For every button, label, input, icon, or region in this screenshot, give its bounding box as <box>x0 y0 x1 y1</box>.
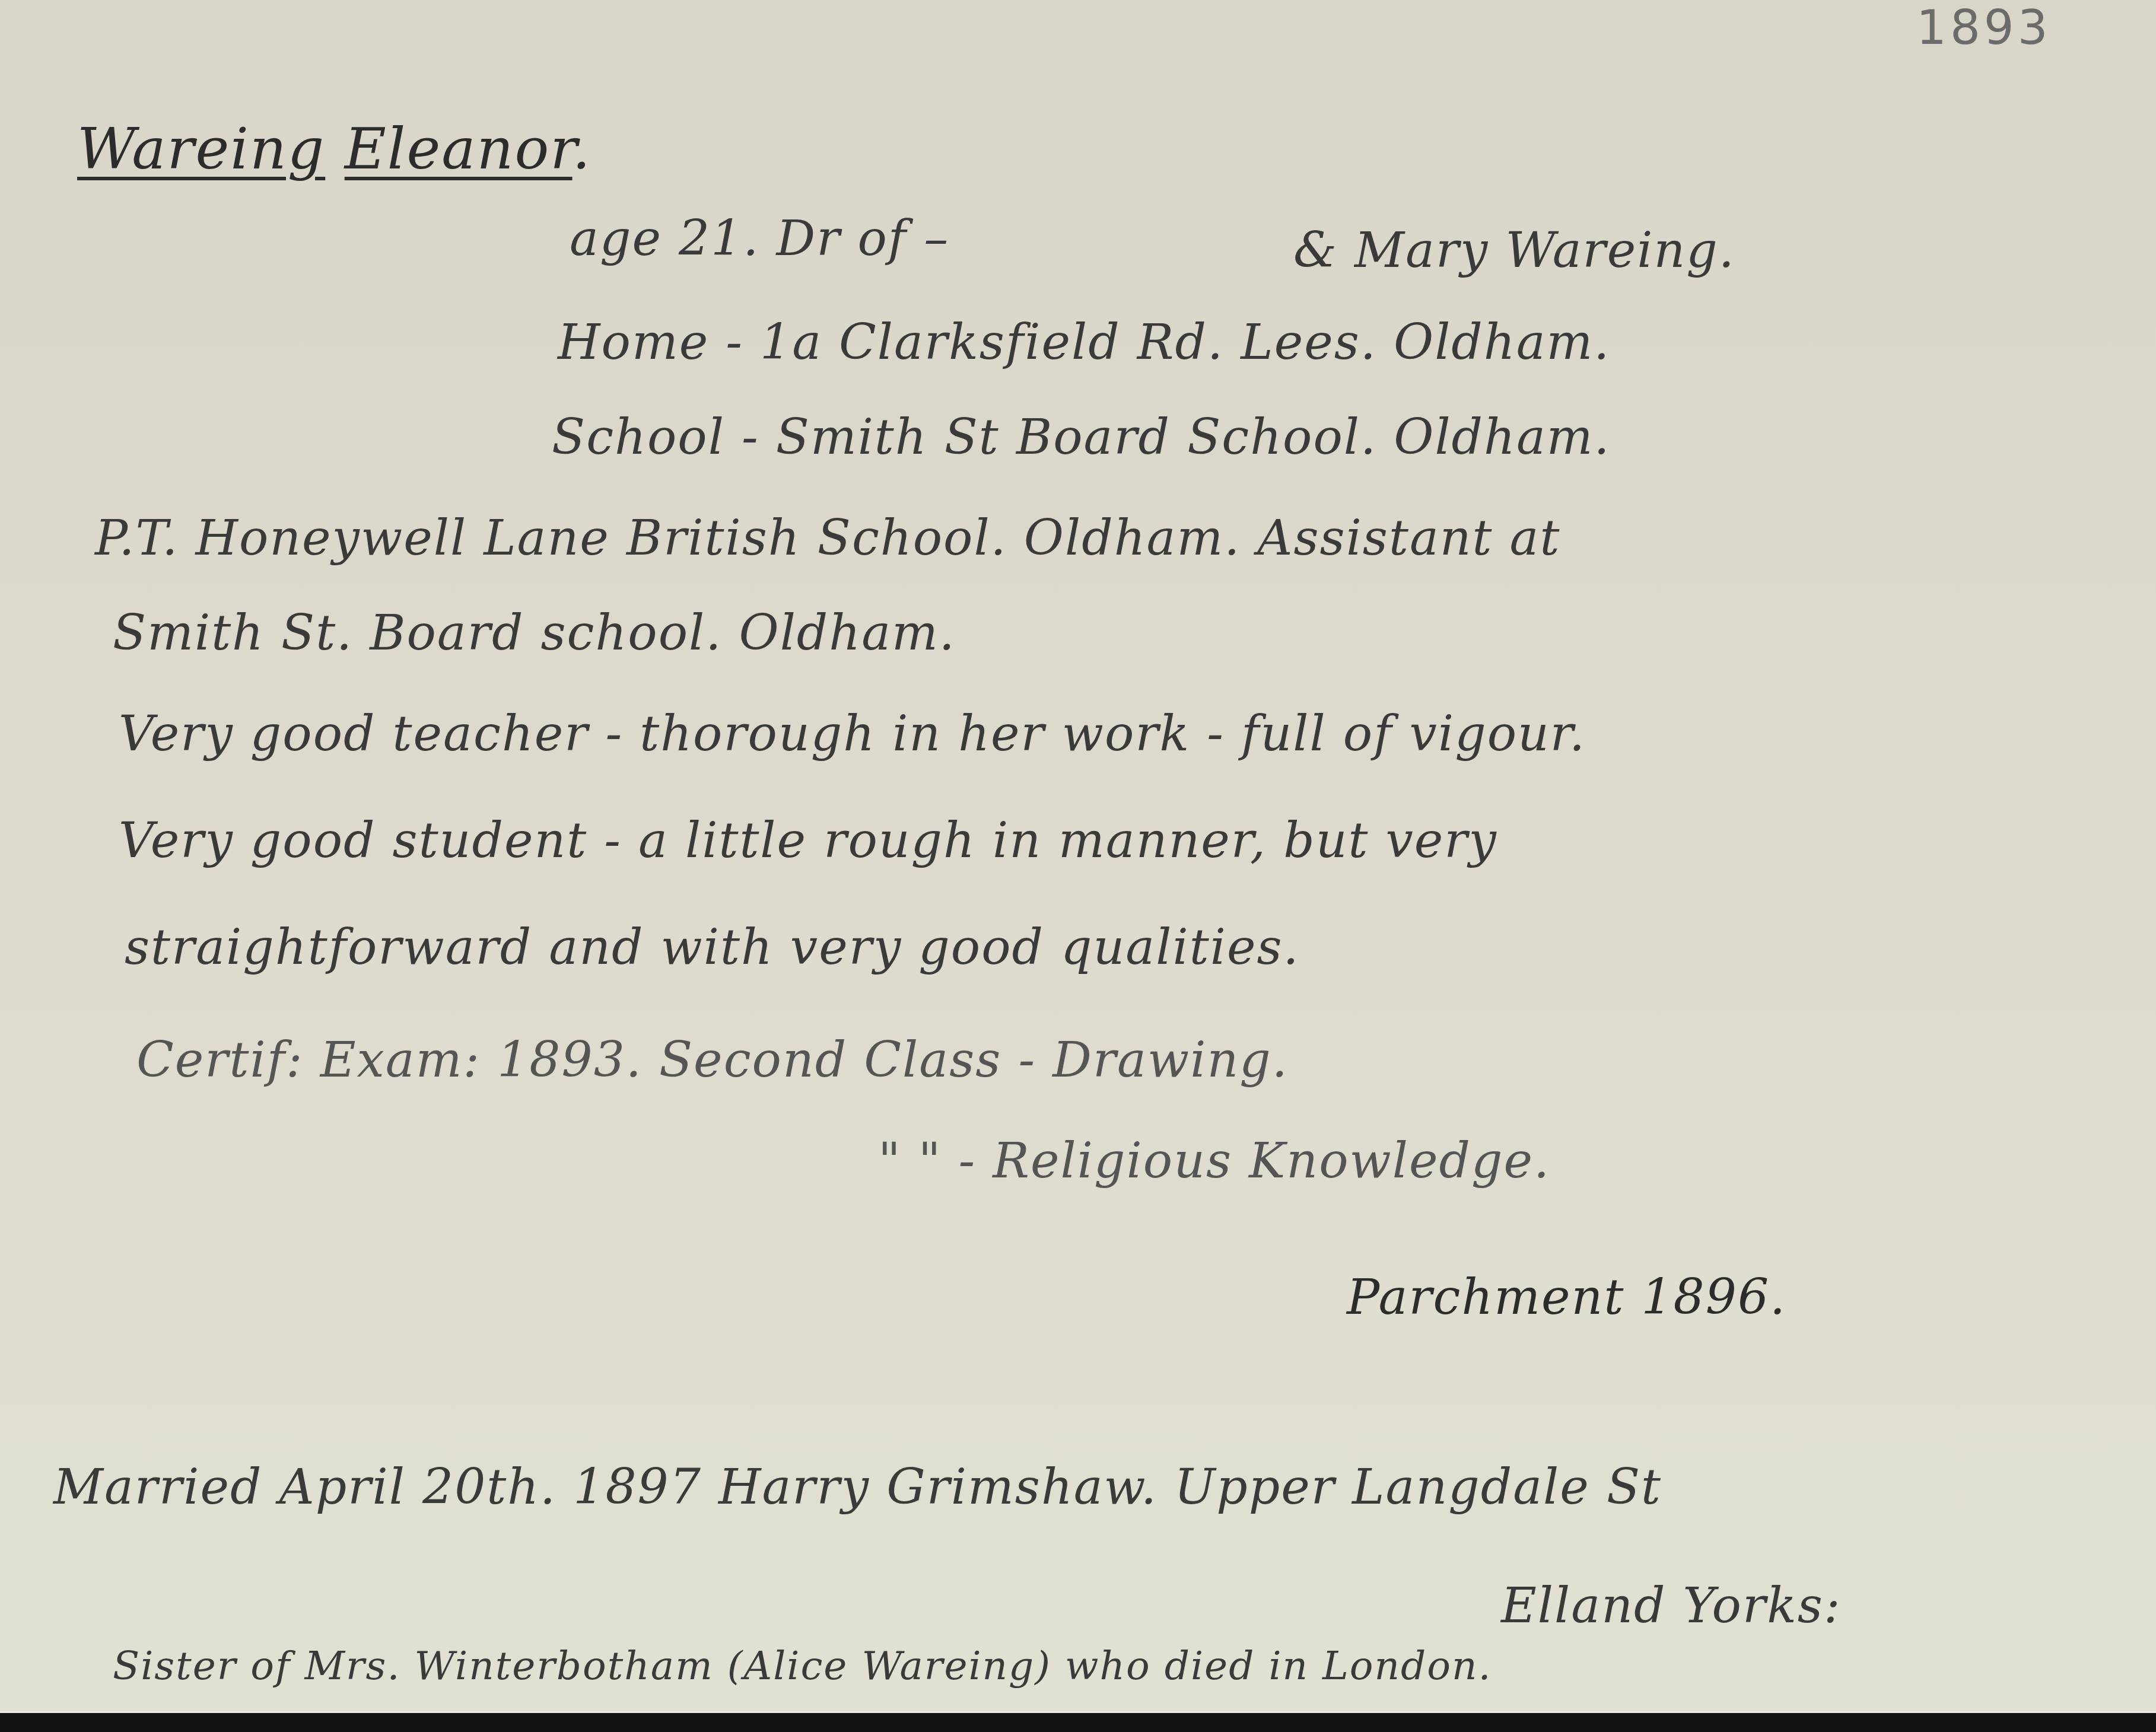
forename: Eleanor <box>345 116 573 182</box>
scan-background-edge <box>0 1713 2156 1732</box>
report-line-1: Very good teacher - thorough in her work… <box>119 706 1586 762</box>
register-page: 1893 Wareing Eleanor. age 21. Dr of – & … <box>0 0 2156 1713</box>
pupil-teacher-line-1: P.T. Honeywell Lane British School. Oldh… <box>95 510 1560 566</box>
home-address-line: Home - 1a Clarksfield Rd. Lees. Oldham. <box>558 314 1610 371</box>
report-line-2: Very good student - a little rough in ma… <box>119 813 1497 869</box>
sister-note-line: Sister of Mrs. Winterbotham (Alice Warei… <box>113 1643 1492 1689</box>
marriage-line-2: Elland Yorks: <box>1501 1578 1842 1634</box>
age-parentage-line: age 21. Dr of – <box>570 211 949 267</box>
certificate-exam-line: Certif: Exam: 1893. Second Class - Drawi… <box>136 1032 1289 1088</box>
surname: Wareing <box>77 116 325 182</box>
marriage-line-1: Married April 20th. 1897 Harry Grimshaw.… <box>53 1459 1662 1515</box>
certificate-ditto-line: " " - Religious Knowledge. <box>878 1133 1550 1189</box>
parchment-line: Parchment 1896. <box>1347 1269 1786 1326</box>
title-period: . <box>573 116 592 182</box>
record-name-heading: Wareing Eleanor. <box>77 116 592 182</box>
pupil-teacher-line-2: Smith St. Board school. Oldham. <box>113 605 956 661</box>
school-line: School - Smith St Board School. Oldham. <box>552 409 1611 466</box>
mother-name: & Mary Wareing. <box>1293 222 1735 279</box>
corner-year: 1893 <box>1916 0 2052 55</box>
report-line-3: straightforward and with very good quali… <box>125 919 1300 976</box>
